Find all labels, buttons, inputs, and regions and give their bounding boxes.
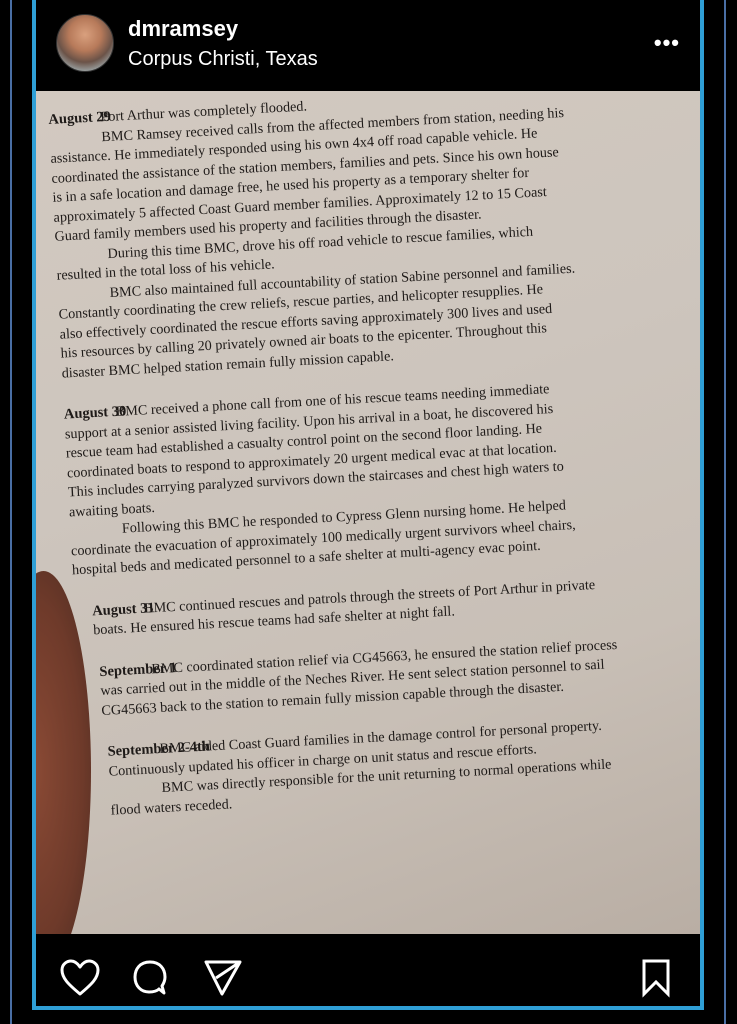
heart-icon[interactable]	[58, 958, 102, 998]
document-section: September 1BMC coordinated station relie…	[99, 627, 700, 721]
send-icon[interactable]	[202, 958, 244, 998]
outer-border-left	[10, 0, 12, 1024]
post-header: dmramsey Corpus Christi, Texas •••	[36, 0, 700, 90]
more-options-icon[interactable]: •••	[654, 30, 680, 56]
document-section: August 31BMC continued rescues and patro…	[92, 566, 700, 641]
comment-icon[interactable]	[130, 958, 170, 998]
bookmark-icon[interactable]	[638, 958, 674, 998]
document-section: September 2-4thBMC aided Coast Guard fam…	[107, 707, 700, 820]
username[interactable]: dmramsey	[128, 16, 238, 42]
outer-border-right	[724, 0, 726, 1024]
document-page: August 29Port Arthur was completely floo…	[48, 91, 700, 844]
document-section: August 29Port Arthur was completely floo…	[48, 91, 700, 384]
action-bar	[36, 940, 700, 1006]
instagram-post: dmramsey Corpus Christi, Texas ••• Augus…	[32, 0, 704, 1010]
avatar[interactable]	[56, 14, 114, 72]
location[interactable]: Corpus Christi, Texas	[128, 48, 318, 71]
post-photo[interactable]: August 29Port Arthur was completely floo…	[36, 91, 700, 934]
document-section: August 30BMC received a phone call from …	[63, 369, 700, 581]
